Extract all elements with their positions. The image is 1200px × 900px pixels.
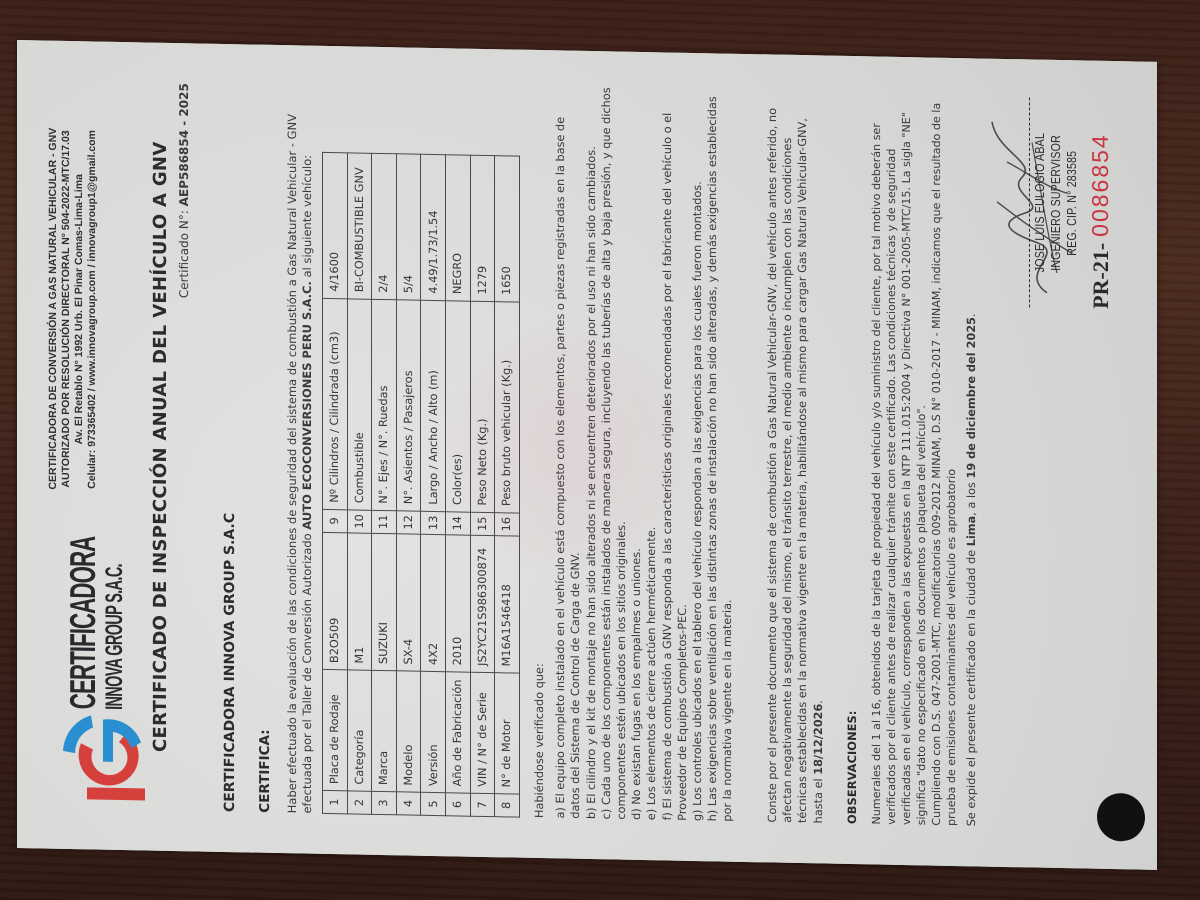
field-label: Año de Fabricación [445,672,470,793]
issue-text: Se expide el presente certificado en la … [965,546,978,826]
row-number: 13 [421,511,446,535]
field-label: Color(es) [445,300,470,511]
field-label: Marca [372,670,397,791]
verified-item: f) El sistema de combustión a GNV respon… [660,85,690,821]
intro-paragraph: Haber efectuado la evaluación de las con… [285,73,315,814]
row-number: 8 [495,794,520,817]
issue-text-end: . [965,313,978,317]
issue-city: Lima [965,516,978,547]
serial-number: 0086854 [1087,133,1113,237]
signatory-registration: REG. CIP. N° 283585 [1064,117,1080,290]
table-row: 6Año de Fabricación201014Color(es)NEGRO [445,154,470,816]
certificate-number: Certificado N°: AEP586854 - 2025 [177,83,191,298]
certificate-number-label: Certificado N°: [177,210,191,298]
signatory-position: INGENIERO SUPERVISOR [1048,117,1064,290]
field-value: 4X2 [421,534,446,671]
field-label: N° de Motor [495,673,520,794]
field-label: N°. Asientos / Pasajeros [396,299,421,510]
row-number: 9 [323,509,348,533]
logo-subname: INNOVA GROUP S.A.C. [103,543,127,711]
field-value: BI-COMBUSTIBLE GNV [347,152,372,298]
table-row: 4ModeloSX-412N°. Asientos / Pasajeros5/4 [396,153,421,815]
field-label: Categoría [347,670,372,791]
verified-section: Habiéndose verificado que: a) El equipo … [532,83,736,822]
field-label: Combustible [347,298,372,509]
header-line: Celular: 973365402 / www.innovagroup.com… [86,69,99,549]
row-number: 11 [372,510,397,534]
observation-item: Numerales del 1 al 16, obtenidos de la t… [869,84,929,825]
field-value: 1279 [470,155,495,301]
field-value: B2O509 [323,532,348,669]
verified-lead: Habiéndose verificado que: [532,83,547,818]
row-number: 15 [470,512,495,536]
field-value: JS2YC21S986300874 [470,535,495,672]
header-line: CERTIFICADORA DE CONVERSIÓN A GAS NATURA… [47,69,60,549]
ig-logo-icon [57,711,149,803]
table-row: 3MarcaSUZUKI11N°. Ejes / N°. Ruedas2/4 [372,153,397,815]
header-line: Av. El Retablo N° 1992 Urb. El Pinar Com… [73,69,86,549]
field-value: M16A1546418 [495,536,520,673]
logo-name: CERTIFICADORA [65,536,101,709]
observations-heading: OBSERVACIONES: [845,710,859,824]
row-number: 5 [421,792,446,815]
field-value: M1 [347,533,372,670]
conste-end: . [812,700,825,704]
verified-item: d) No existan fugas en los empalmes o un… [629,85,644,820]
field-value: NEGRO [445,154,470,300]
field-value: 5/4 [396,153,421,299]
field-value: 2010 [445,535,470,672]
certificate-page: CERTIFICADORA INNOVA GROUP S.A.C. CERTIF… [17,40,1157,870]
verified-list: a) El equipo completo instalado en el ve… [553,83,735,822]
field-label: N°. Ejes / N°. Ruedas [372,299,397,510]
conste-paragraph: Conste por el presente documento que el … [765,87,826,823]
field-value: 2/4 [372,153,397,299]
issue-date: 19 de diciembre del 2025 [965,317,978,479]
row-number: 10 [347,509,372,533]
row-number: 2 [347,791,372,814]
field-label: Peso bruto vehicular (Kg.) [495,301,520,512]
field-label: Placa de Rodaje [323,669,348,790]
field-label: Nº Cilindros / Cilindrada (cm3) [323,298,348,509]
company-name: CERTIFICADORA INNOVA GROUP S.A.C [222,513,238,812]
row-number: 1 [323,790,348,813]
observations-text: Numerales del 1 al 16, obtenidos de la t… [869,84,959,826]
intro-text-end: al siguiente vehículo: [300,155,314,281]
certifica-heading: CERTIFICA: [257,729,273,813]
row-number: 7 [470,793,495,816]
punch-hole [1097,793,1145,842]
verified-item: a) El equipo completo instalado en el ve… [553,83,583,819]
field-value: 1650 [495,155,520,301]
certificate-number-value: AEP586854 - 2025 [177,83,191,206]
table-row: 1Placa de RodajeB2O5099Nº Cilindros / Ci… [323,152,348,814]
field-value: 4/1600 [323,152,348,298]
signatory-name: JOSE LUIS EULOGIO ABAL [1032,116,1048,289]
document-title: CERTIFICADO DE INSPECCIÓN ANUAL DEL VEHÍ… [150,83,171,811]
vehicle-data-table: 1Placa de RodajeB2O5099Nº Cilindros / Ci… [322,151,520,817]
row-number: 12 [396,510,421,534]
table-row: 5Versión4X213Largo / Ancho / Alto (m)4.4… [421,154,446,816]
verified-item: c) Cada uno de los componentes están ins… [599,84,629,820]
issue-text-mid: , a los [965,478,978,515]
table-row: 2CategoríaM110CombustibleBI-COMBUSTIBLE … [347,152,372,814]
table-row: 7VIN / N° de SerieJS2YC21S98630087415Pes… [470,155,495,817]
form-serial: PR-21-0086854 [1087,133,1114,309]
verified-item: b) El cilindro y el kit de montaje no ha… [584,84,599,819]
row-number: 16 [495,512,520,536]
field-label: Versión [421,671,446,792]
row-number: 6 [445,793,470,816]
field-value: SX-4 [396,534,421,671]
field-label: Peso Neto (Kg.) [470,301,495,512]
field-label: Largo / Ancho / Alto (m) [421,300,446,511]
verified-item: h) Las exigencias sobre ventilación en l… [705,86,735,822]
row-number: 14 [445,511,470,535]
verified-item: e) Los elementos de cierre actúen hermét… [644,85,659,820]
header-line: AUTORIZADO POR RESOLUCIÓN DIRECTORAL N° … [60,69,73,549]
observation-item: Cumpliendo con D.S. 047-2001-MTC, modifi… [929,86,959,827]
field-label: VIN / N° de Serie [470,672,495,793]
row-number: 3 [372,791,397,814]
workshop-name: AUTO ECOCONVERSIONES PERU S.A.C. [300,281,314,530]
field-value: 4.49/1.73/1.54 [421,154,446,300]
paper-holder: CERTIFICADORA INNOVA GROUP S.A.C. CERTIF… [17,40,1157,870]
field-value: SUZUKI [372,533,397,670]
signatory-block: JOSE LUIS EULOGIO ABAL INGENIERO SUPERVI… [1029,97,1080,308]
table-row: 8N° de MotorM16A154641816Peso bruto vehi… [495,155,520,817]
form-code: PR-21- [1088,243,1113,309]
header-info: CERTIFICADORA DE CONVERSIÓN A GAS NATURA… [47,69,99,550]
field-label: Modelo [396,671,421,792]
valid-until-date: 18/12/2026 [812,704,825,775]
verified-item: g) Los controles ubicados en el tablero … [690,86,705,821]
row-number: 4 [396,792,421,815]
